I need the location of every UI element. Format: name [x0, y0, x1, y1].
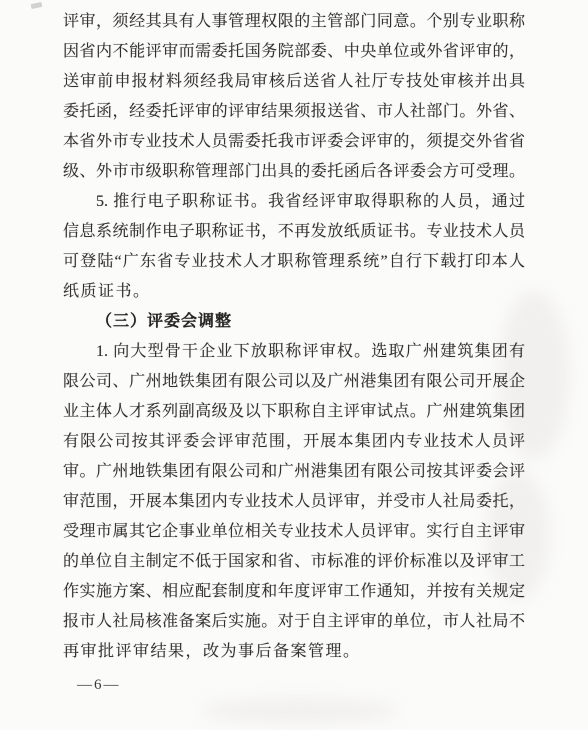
scan-artifact [31, 2, 43, 9]
text-line: 作实施方案、相应配套制度和年度评审工作通知，并按有关规定 [63, 577, 525, 607]
text-line: 再审批评审结果，改为事后备案管理。 [63, 637, 525, 667]
text-line: 本省外市专业技术人员需委托我市评委会评审的，须提交外省省 [63, 127, 525, 157]
scan-smudge [200, 698, 400, 724]
text-line: 限公司、广州地铁集团有限公司以及广州港集团有限公司开展企 [63, 367, 525, 397]
text-line: 因省内不能评审而需委托国务院部委、中央单位或外省评审的， [63, 37, 525, 67]
text-line: 纸质证书。 [63, 277, 525, 307]
text-line: 有限公司按其评委会评审范围，开展本集团内专业技术人员评 [63, 427, 525, 457]
text-line: 报市人社局核准备案后实施。对于自主评审的单位，市人社局不 [63, 607, 525, 637]
text-line: 受理市属其它企事业单位相关专业技术人员评审。实行自主评审 [63, 517, 525, 547]
document-body: 评审，须经其具有人事管理权限的主管部门同意。个别专业职称 因省内不能评审而需委托… [63, 7, 525, 667]
text-line: 1. 向大型骨干企业下放职称评审权。选取广州建筑集团有 [63, 337, 525, 367]
text-line: 信息系统制作电子职称证书，不再发放纸质证书。专业技术人员 [63, 217, 525, 247]
text-line: 5. 推行电子职称证书。我省经评审取得职称的人员，通过 [63, 187, 525, 217]
text-line: 的单位自主制定不低于国家和省、市标准的评价标准以及评审工 [63, 547, 525, 577]
text-line: 审。广州地铁集团有限公司和广州港集团有限公司按其评委会评 [63, 457, 525, 487]
text-line: 业主体人才系列副高级及以下职称自主评审试点。广州建筑集团 [63, 397, 525, 427]
page-number: —6— [77, 675, 121, 695]
text-line: 评审，须经其具有人事管理权限的主管部门同意。个别专业职称 [63, 7, 525, 37]
section-heading: （三）评委会调整 [63, 307, 525, 337]
text-line: 可登陆“广东省专业技术人才职称管理系统”自行下载打印本人 [63, 247, 525, 277]
document-page: 评审，须经其具有人事管理权限的主管部门同意。个别专业职称 因省内不能评审而需委托… [0, 0, 588, 730]
text-line: 送审前申报材料须经我局审核后送省人社厅专技处审核并出具 [63, 67, 525, 97]
text-line: 级、外市市级职称管理部门出具的委托函后各评委会方可受理。 [63, 157, 525, 187]
text-line: 审范围，开展本集团内专业技术人员评审，并受市人社局委托， [63, 487, 525, 517]
text-line: 委托函，经委托评审的评审结果须报送省、市人社部门。外省、 [63, 97, 525, 127]
